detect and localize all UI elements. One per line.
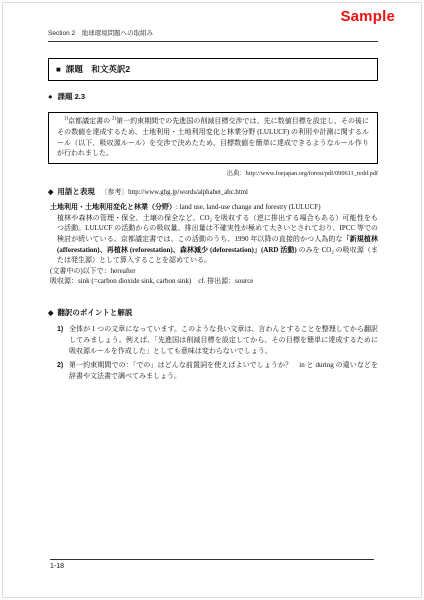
quote-text: 1)京都議定書の 2)第一約束期間での先進国の削減目標交渉では、先に数値目標を設… [57,116,369,159]
diamond-bullet-icon: ◆ [48,189,53,196]
term-title: 土地利用・土地利用変化と林業（分野） [50,203,176,211]
points-heading-label: 翻訳のポイントと解説 [57,308,132,317]
point-number: 2) [57,360,69,382]
terms-body: 土地利用・土地利用変化と林業（分野）: land use, land-use c… [48,202,378,287]
point-text: 全体が 1 つの文章になっています。このような長い文章は、言わんとすることを整理… [69,324,378,357]
source-line: 出典：http://www.foejapan.org/forest/pdf/09… [48,168,378,177]
diamond-bullet-icon: ◆ [48,310,53,317]
points-heading: ◆翻訳のポイントと解説 [48,307,378,318]
point-text: 第一約束期間での：「での」はどんな前置詞を使えばよいでしょうか？ in と du… [69,360,378,382]
square-bullet-icon: ■ [56,65,61,74]
subtitle-label: 課題 2.3 [58,92,86,101]
hereafter-note: (文書中の)以下で：hereafter [50,266,378,277]
circle-bullet-icon: ● [48,92,53,101]
point-item-2: 2) 第一約束期間での：「での」はどんな前置詞を使えばよいでしょうか？ in と… [57,360,378,382]
quote-box: 1)京都議定書の 2)第一約束期間での先進国の削減目標交渉では、先に数値目標を設… [48,112,378,164]
page-number: 1-18 [50,560,374,570]
section-header-label: Section 2 地球環境問題への取組み [48,30,153,37]
subtitle: ●課題 2.3 [48,91,378,102]
points-list: 1) 全体が 1 つの文章になっています。このような長い文章は、言わんとすること… [48,324,378,382]
point-number: 1) [57,324,69,357]
quote-part-1: 京都議定書の [68,117,112,125]
terms-heading: ◆用語と表現〔参考〕http://www.ghg.jp/words/alphab… [48,186,378,197]
title-box: ■課題 和文英訳2 [48,58,378,81]
point-item-1: 1) 全体が 1 つの文章になっています。このような長い文章は、言わんとすること… [57,324,378,357]
terms-heading-label: 用語と表現 [57,187,95,196]
title-label: 課題 和文英訳2 [66,64,130,74]
sink-note: 吸収源：sink (=carbon dioxide sink, carbon s… [50,276,378,287]
term-definition: 植林や森林の管理・保全、土壌の保全など、CO₂ を吸収する（逆に排出する場合もあ… [57,213,378,266]
section-header: Section 2 地球環境問題への取組み [48,28,378,42]
term-definition-part-1: 植林や森林の管理・保全、土壌の保全など、CO₂ を吸収する（逆に排出する場合もあ… [57,214,378,243]
term-title-translation: : land use, land-use change and forestry… [176,203,321,211]
term-title-line: 土地利用・土地利用変化と林業（分野）: land use, land-use c… [50,202,378,213]
terms-reference-url: 〔参考〕http://www.ghg.jp/words/alphabet_abc… [101,189,248,196]
footer-rule: 1-18 [50,559,374,570]
document-page: Sample Section 2 地球環境問題への取組み ■課題 和文英訳2 ●… [0,0,424,600]
page-content: Section 2 地球環境問題への取組み ■課題 和文英訳2 ●課題 2.3 … [48,0,378,385]
